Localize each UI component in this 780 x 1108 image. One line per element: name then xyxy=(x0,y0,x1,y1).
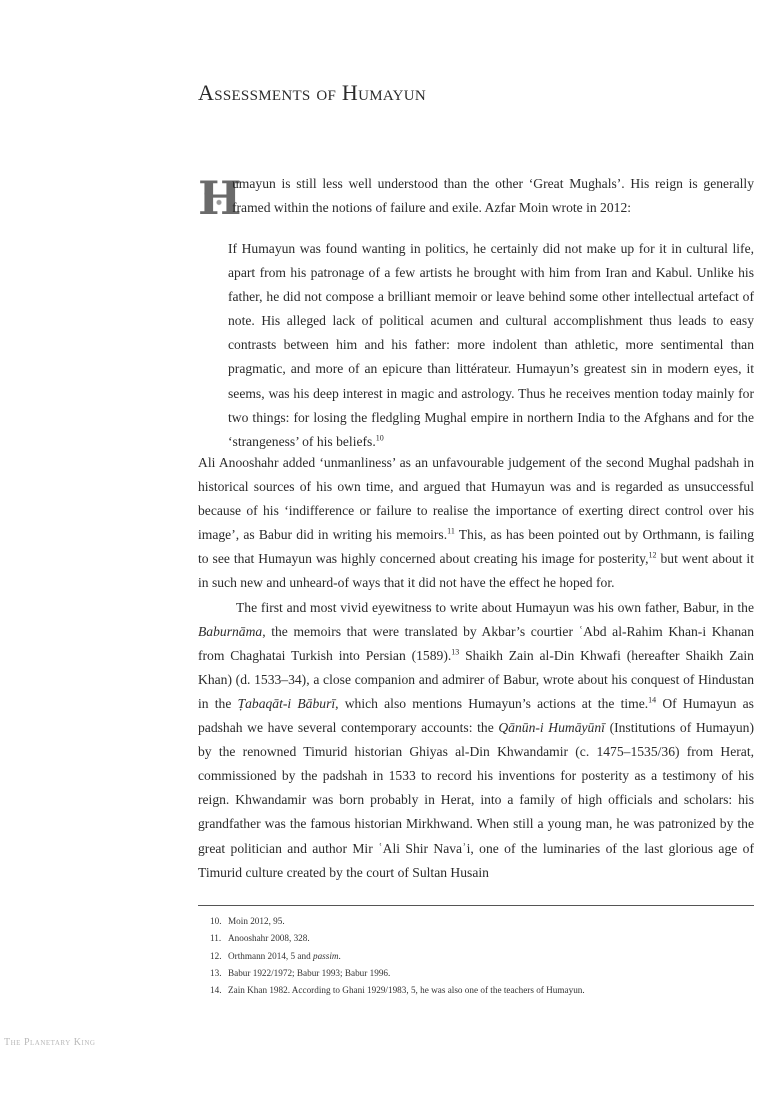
intro-paragraph: Humayun is still less well understood th… xyxy=(198,172,754,220)
decorative-dropcap-icon: H xyxy=(198,176,228,220)
footnotes: 10.Moin 2012, 95. 11.Anooshahr 2008, 328… xyxy=(210,913,750,999)
quote-text: If Humayun was found wanting in politics… xyxy=(228,241,754,449)
intro-text: umayun is still less well understood tha… xyxy=(232,176,754,215)
footnote-item: 13.Babur 1922/1972; Babur 1993; Babur 19… xyxy=(210,965,750,982)
paragraph-anooshahr: Ali Anooshahr added ‘unmanliness’ as an … xyxy=(198,451,754,596)
body-paragraphs: Ali Anooshahr added ‘unmanliness’ as an … xyxy=(198,451,754,885)
footnote-item: 12.Orthmann 2014, 5 and passim. xyxy=(210,948,750,965)
footnote-ref-10[interactable]: 10 xyxy=(376,433,384,442)
title-baburnama: Baburnāma xyxy=(198,624,262,639)
page-title: Assessments of Humayun xyxy=(198,80,426,106)
footnote-item: 10.Moin 2012, 95. xyxy=(210,913,750,930)
block-quote: If Humayun was found wanting in politics… xyxy=(228,237,754,454)
footnote-ref-11[interactable]: 11 xyxy=(447,527,455,536)
footnote-ref-14[interactable]: 14 xyxy=(648,695,656,704)
footnote-item: 11.Anooshahr 2008, 328. xyxy=(210,930,750,947)
title-tabaqat: Ṭabaqāt-i Bāburī xyxy=(238,696,336,711)
footnote-divider xyxy=(198,905,754,906)
paragraph-eyewitness: The first and most vivid eyewitness to w… xyxy=(198,596,754,885)
running-footer: The Planetary King xyxy=(4,1037,95,1048)
title-qanun: Qānūn-i Humāyūnī xyxy=(498,720,605,735)
footnote-item: 14.Zain Khan 1982. According to Ghani 19… xyxy=(210,982,750,999)
